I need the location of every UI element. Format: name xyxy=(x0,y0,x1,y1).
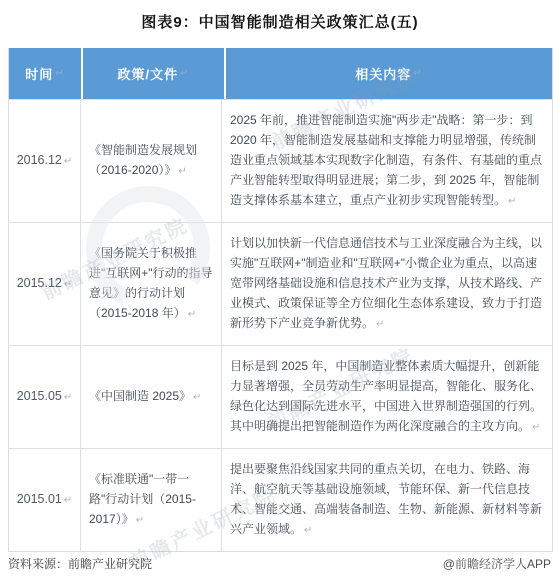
figure-title: 图表9：中国智能制造相关政策汇总(五) xyxy=(0,11,560,32)
cell-policy: 《标准联通"一带一路"行动计划（2015-2017）》↵ xyxy=(81,449,222,551)
return-mark: ↵ xyxy=(55,68,64,79)
cell-content: 目标是到 2025 年，中国制造业整体素质大幅提升，创新能力显著增强，全员劳动生… xyxy=(222,346,552,448)
column-header-label: 相关内容 xyxy=(355,64,411,83)
report-figure: 图表9：中国智能制造相关政策汇总(五) 时间↵ 政策/文件↵ 相关内容↵ 201… xyxy=(0,0,560,583)
credit-note: @前瞻经济学人APP xyxy=(443,555,551,572)
return-mark: ↵ xyxy=(508,196,516,207)
cell-date: 2015.01↵ xyxy=(9,449,81,551)
cell-policy: 《国务院关于积极推进"互联网+"行动的指导意见》的行动计划（2015-2018 … xyxy=(81,223,222,345)
cell-policy: 《中国制造 2025》↵ xyxy=(81,346,222,448)
return-mark: ↵ xyxy=(64,392,72,403)
return-mark: ↵ xyxy=(193,392,201,403)
cell-date: 2015.12↵ xyxy=(9,223,81,345)
return-mark: ↵ xyxy=(64,279,72,290)
table-row: 2016.12↵ 《智能制造发展规划（2016-2020）》↵ 2025 年前，… xyxy=(9,99,552,222)
figure-footer: 资料来源：前瞻产业研究院 @前瞻经济学人APP xyxy=(8,555,551,572)
cell-policy: 《智能制造发展规划（2016-2020）》↵ xyxy=(81,100,222,222)
cell-date: 2015.05↵ xyxy=(9,346,81,448)
table-row: 2015.12↵ 《国务院关于积极推进"互联网+"行动的指导意见》的行动计划（2… xyxy=(9,222,552,345)
cell-content: 提出要聚焦沿线国家共同的重点关切，在电力、铁路、海洋、航空航天等基础设施领域，节… xyxy=(222,449,552,551)
cell-content: 2025 年前，推进智能制造实施"两步走"战略：第一步：到 2020 年，智能制… xyxy=(222,100,552,222)
return-mark: ↵ xyxy=(376,319,384,330)
column-header-policy: 政策/文件↵ xyxy=(83,48,226,99)
return-mark: ↵ xyxy=(64,495,72,506)
column-header-label: 时间 xyxy=(25,64,53,83)
policy-table: 时间↵ 政策/文件↵ 相关内容↵ 2016.12↵ 《智能制造发展规划（2016… xyxy=(8,48,553,552)
table-row: 2015.01↵ 《标准联通"一带一路"行动计划（2015-2017）》↵ 提出… xyxy=(9,448,552,551)
cell-date: 2016.12↵ xyxy=(9,100,81,222)
table-row: 2015.05↵ 《中国制造 2025》↵ 目标是到 2025 年，中国制造业整… xyxy=(9,345,552,448)
table-header-row: 时间↵ 政策/文件↵ 相关内容↵ xyxy=(9,48,552,99)
return-mark: ↵ xyxy=(413,68,422,79)
return-mark: ↵ xyxy=(304,525,312,536)
return-mark: ↵ xyxy=(64,156,72,167)
return-mark: ↵ xyxy=(180,68,189,79)
source-note: 资料来源：前瞻产业研究院 xyxy=(8,555,152,572)
return-mark: ↵ xyxy=(188,309,196,320)
return-mark: ↵ xyxy=(532,422,540,433)
cell-content: 计划以加快新一代信息通信技术与工业深度融合为主线，以实施"互联网+"制造业和"互… xyxy=(222,223,552,345)
column-header-time: 时间↵ xyxy=(9,48,83,99)
return-mark: ↵ xyxy=(136,515,144,526)
column-header-content: 相关内容↵ xyxy=(226,48,552,99)
column-header-label: 政策/文件 xyxy=(117,64,178,83)
return-mark: ↵ xyxy=(178,166,186,177)
